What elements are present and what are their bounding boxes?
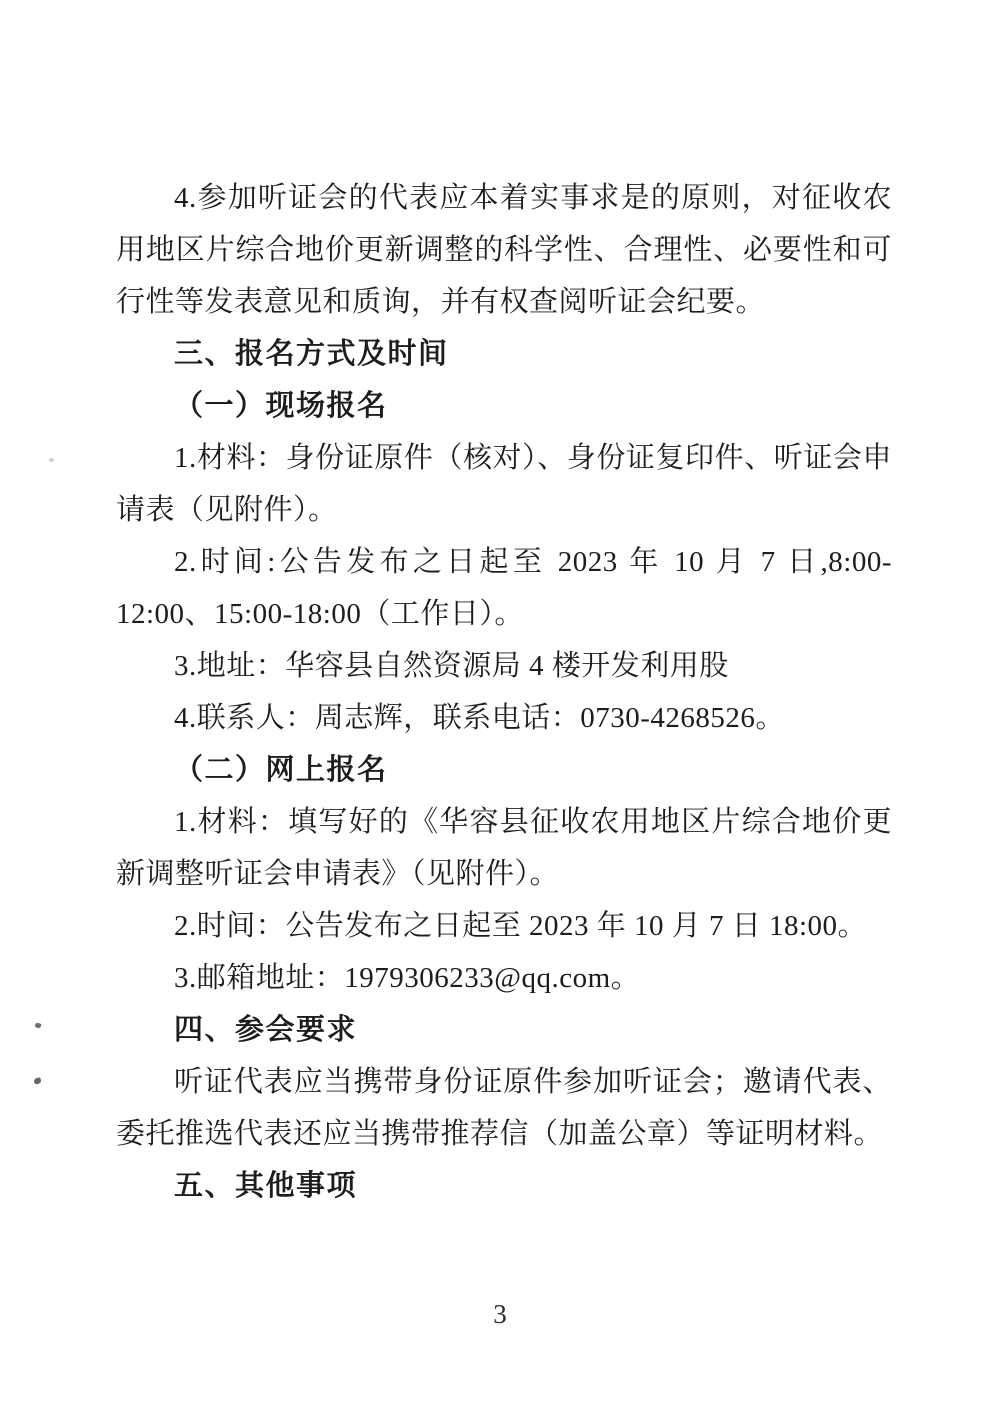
scan-speck — [33, 1077, 41, 1085]
paragraph-onsite-materials: 1.材料：身份证原件（核对）、身份证复印件、听证会申请表（见附件）。 — [116, 432, 892, 536]
document-body: 4.参加听证会的代表应本着实事求是的原则，对征收农用地区片综合地价更新调整的科学… — [116, 172, 892, 1212]
subsection-heading-onsite: （一）现场报名 — [116, 380, 892, 432]
document-page: 4.参加听证会的代表应本着实事求是的原则，对征收农用地区片综合地价更新调整的科学… — [0, 0, 1000, 1413]
page-number: 3 — [0, 1294, 1000, 1334]
paragraph-online-materials: 1.材料：填写好的《华容县征收农用地区片综合地价更新调整听证会申请表》（见附件）… — [116, 796, 892, 900]
paragraph-onsite-time: 2.时间:公告发布之日起至 2023 年 10 月 7 日,8:00-12:00… — [116, 536, 892, 640]
subsection-heading-online: （二）网上报名 — [116, 744, 892, 796]
section-heading-registration: 三、报名方式及时间 — [116, 328, 892, 380]
paragraph-online-time: 2.时间：公告发布之日起至 2023 年 10 月 7 日 18:00。 — [116, 900, 892, 952]
paragraph-onsite-contact: 4.联系人：周志辉，联系电话：0730-4268526。 — [116, 692, 892, 744]
paragraph-hearing-principles: 4.参加听证会的代表应本着实事求是的原则，对征收农用地区片综合地价更新调整的科学… — [116, 172, 892, 328]
paragraph-online-email: 3.邮箱地址：1979306233@qq.com。 — [116, 952, 892, 1004]
section-heading-requirements: 四、参会要求 — [116, 1004, 892, 1056]
scan-speck — [34, 1022, 41, 1029]
section-heading-other: 五、其他事项 — [116, 1160, 892, 1212]
paragraph-onsite-address: 3.地址：华容县自然资源局 4 楼开发利用股 — [116, 640, 892, 692]
paragraph-requirements: 听证代表应当携带身份证原件参加听证会；邀请代表、委托推选代表还应当携带推荐信（加… — [116, 1056, 892, 1160]
scan-speck — [49, 458, 54, 462]
